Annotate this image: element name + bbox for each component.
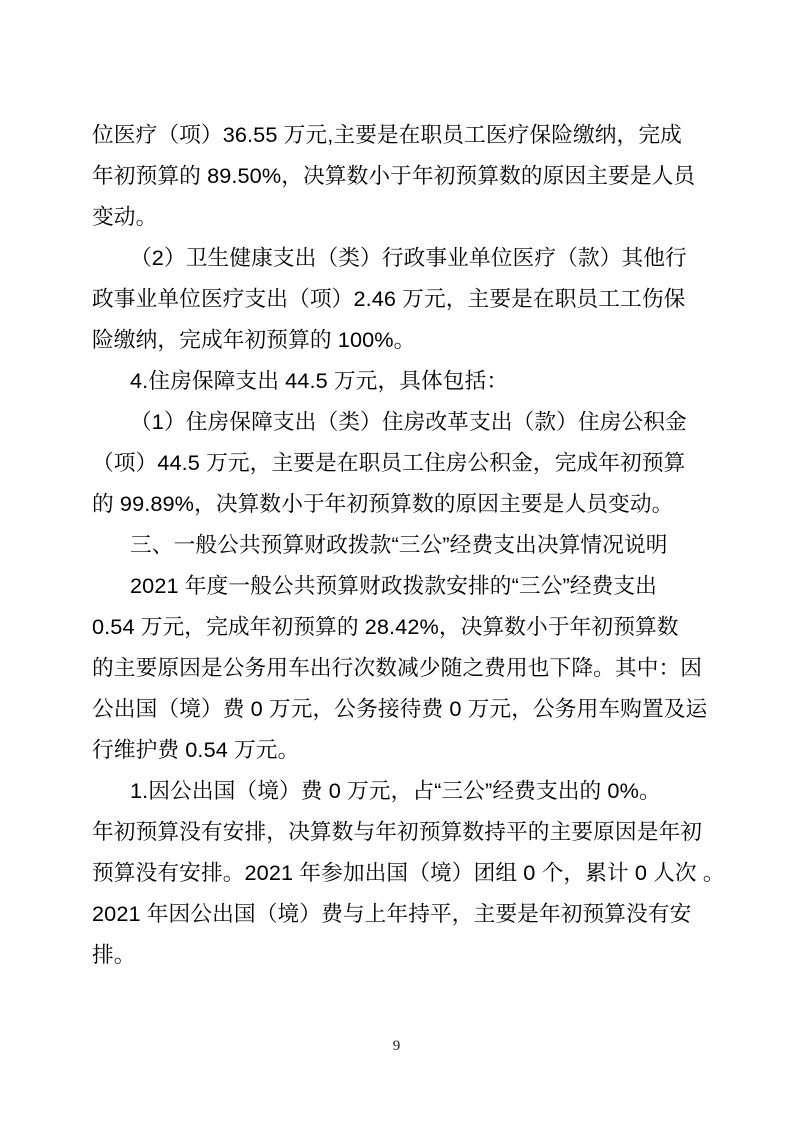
text-line: （2）卫生健康支出（类）行政事业单位医疗（款）其他行 <box>92 237 702 278</box>
text-line: （项）44.5 万元，主要是在职员工住房公积金，完成年初预算 <box>92 442 702 483</box>
text-line: 政事业单位医疗支出（项）2.46 万元，主要是在职员工工伤保 <box>92 278 702 319</box>
text-line: 的 99.89%，决算数小于年初预算数的原因主要是人员变动。 <box>92 483 702 524</box>
text-line: 2021 年因公出国（境）费与上年持平，主要是年初预算没有安 <box>92 893 702 934</box>
text-line: 预算没有安排。2021 年参加出国（境）团组 0 个，累计 0 人次 。 <box>92 852 702 893</box>
document-text-body: 位医疗（项）36.55 万元,主要是在职员工医疗保险缴纳，完成年初预算的 89.… <box>92 114 702 975</box>
page-number: 9 <box>0 1036 793 1056</box>
text-line: 4.住房保障支出 44.5 万元，具体包括： <box>92 360 702 401</box>
text-line: 行维护费 0.54 万元。 <box>92 729 702 770</box>
text-line: 排。 <box>92 934 702 975</box>
text-line: 年初预算没有安排，决算数与年初预算数持平的主要原因是年初 <box>92 811 702 852</box>
text-line: 变动。 <box>92 196 702 237</box>
text-line: 位医疗（项）36.55 万元,主要是在职员工医疗保险缴纳，完成 <box>92 114 702 155</box>
text-line: 三、一般公共预算财政拨款“三公”经费支出决算情况说明 <box>92 524 702 565</box>
text-line: 险缴纳，完成年初预算的 100%。 <box>92 319 702 360</box>
text-line: 年初预算的 89.50%，决算数小于年初预算数的原因主要是人员 <box>92 155 702 196</box>
text-line: 公出国（境）费 0 万元，公务接待费 0 万元，公务用车购置及运 <box>92 688 702 729</box>
text-line: 0.54 万元，完成年初预算的 28.42%，决算数小于年初预算数 <box>92 606 702 647</box>
text-line: 2021 年度一般公共预算财政拨款安排的“三公”经费支出 <box>92 565 702 606</box>
document-page: 位医疗（项）36.55 万元,主要是在职员工医疗保险缴纳，完成年初预算的 89.… <box>0 0 793 1122</box>
text-line: 1.因公出国（境）费 0 万元，占“三公”经费支出的 0%。 <box>92 770 702 811</box>
text-line: （1）住房保障支出（类）住房改革支出（款）住房公积金 <box>92 401 702 442</box>
text-line: 的主要原因是公务用车出行次数减少随之费用也下降。其中：因 <box>92 647 702 688</box>
